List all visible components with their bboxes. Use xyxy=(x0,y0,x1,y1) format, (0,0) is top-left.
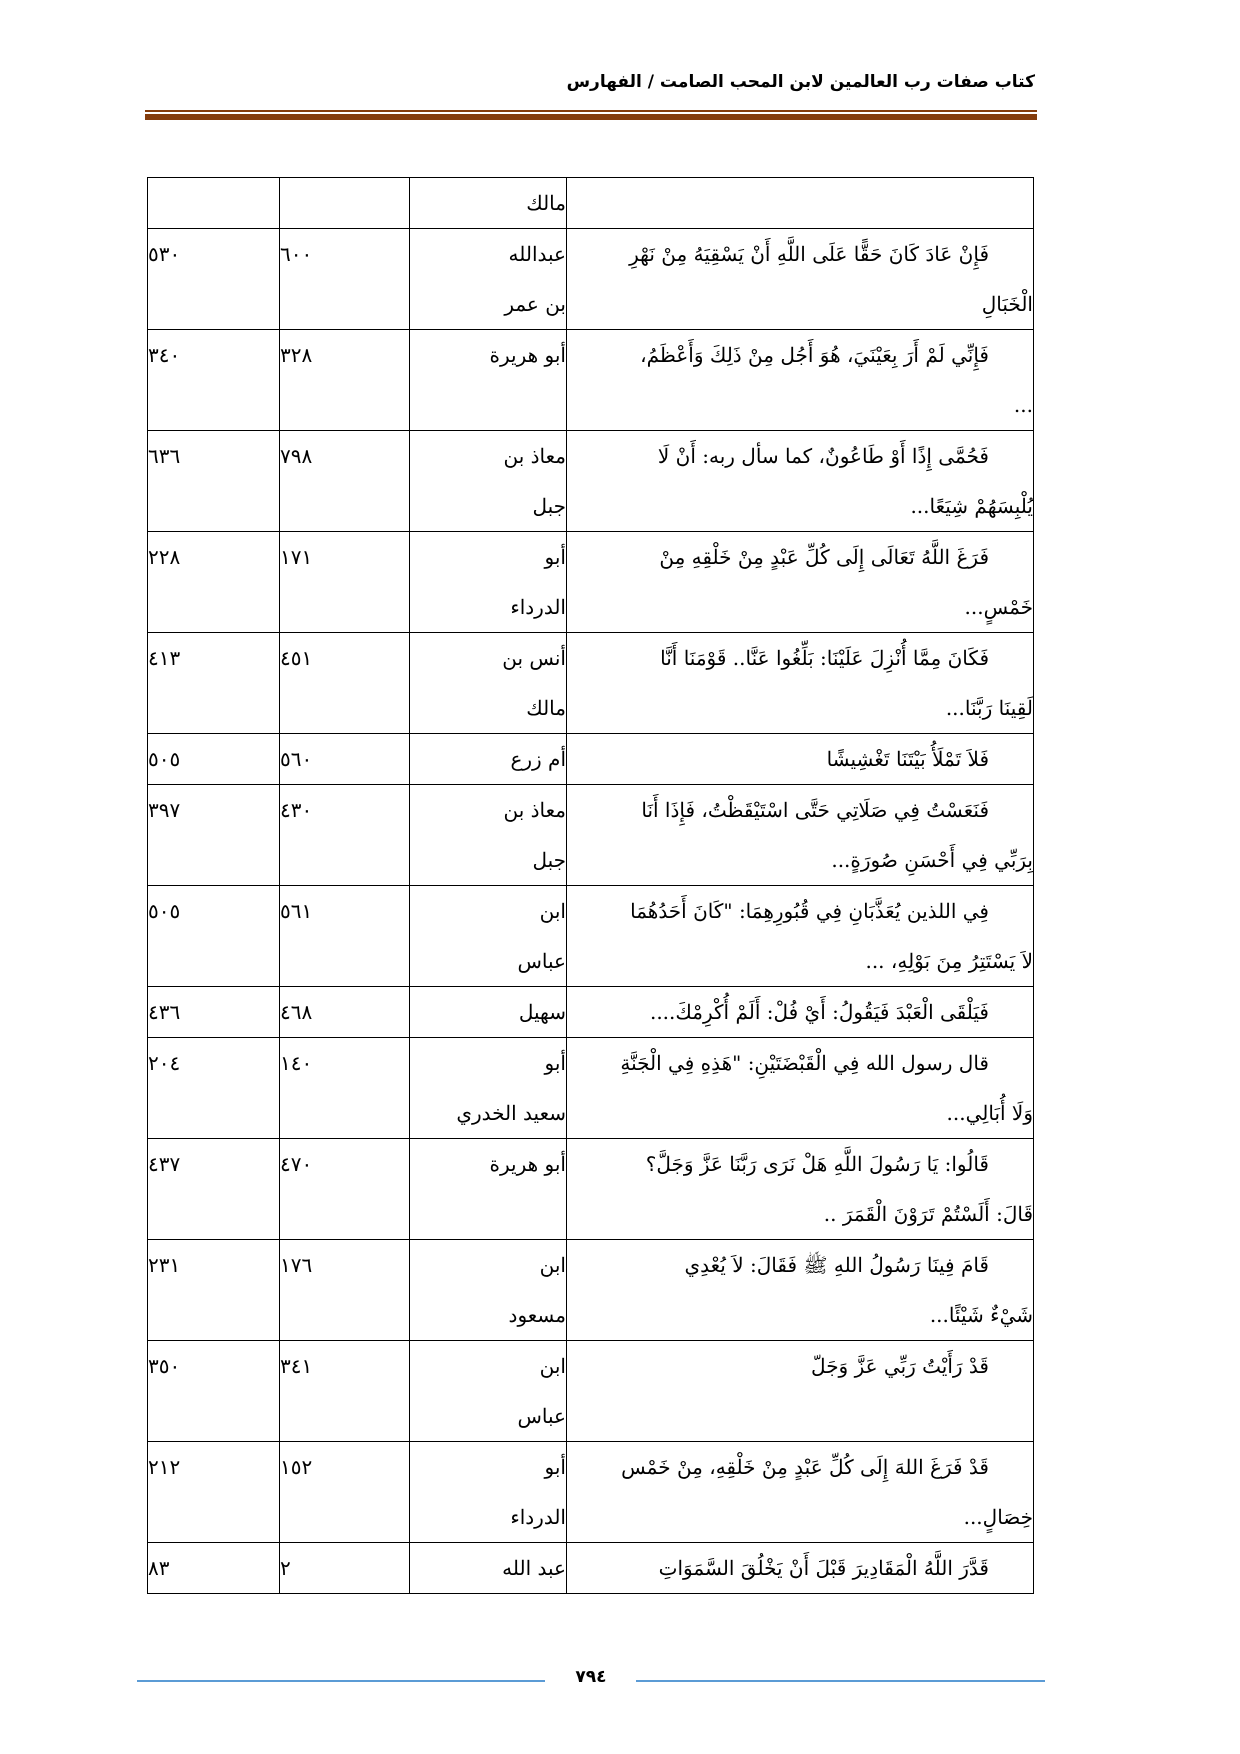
hadith-text-cell: قَدْ فَرَغَ اللهَ إِلَى كُلِّ عَبْدٍ مِن… xyxy=(567,1442,1034,1543)
table-row: قال رسول الله فِي الْقَبْضَتَيْنِ: "هَذِ… xyxy=(148,1038,1034,1139)
page-ref-cell: ٢٠٤ xyxy=(148,1038,280,1139)
hadith-text-cell: فَإِنْ عَادَ كَانَ حَقًّا عَلَى اللَّهِ … xyxy=(567,229,1034,330)
hadith-text-cell: قَالُوا: يَا رَسُولَ اللَّهِ هَلْ نَرَى … xyxy=(567,1139,1034,1240)
header-rule-thick xyxy=(145,114,1037,120)
table-row: قَدَّرَ اللَّهُ الْمَقَادِيرَ قَبْلَ أَن… xyxy=(148,1543,1034,1594)
narrator-line: أبو هريرة xyxy=(410,330,566,380)
hadith-number-cell: ٥٦١ xyxy=(280,886,410,987)
hadith-number-cell: ١٥٢ xyxy=(280,1442,410,1543)
hadith-text-line: فَرَغَ اللَّهُ تَعَالَى إِلَى كُلِّ عَبْ… xyxy=(567,532,1033,582)
narrator-cell: عبد الله xyxy=(410,1543,567,1594)
hadith-text-cell: فِي اللذين يُعَذَّبَانِ فِي قُبُورِهِمَا… xyxy=(567,886,1034,987)
hadith-text-cell xyxy=(567,178,1034,229)
narrator-cell: أبو هريرة xyxy=(410,330,567,431)
narrator-line: أبو هريرة xyxy=(410,1139,566,1189)
hadith-number-cell: ٤٦٨ xyxy=(280,987,410,1038)
footer-rule-right xyxy=(636,1680,1045,1682)
narrator-line: أبو xyxy=(410,1442,566,1492)
hadith-text-line: قَدْ فَرَغَ اللهَ إِلَى كُلِّ عَبْدٍ مِن… xyxy=(567,1442,1033,1492)
hadith-text-cell: قال رسول الله فِي الْقَبْضَتَيْنِ: "هَذِ… xyxy=(567,1038,1034,1139)
hadith-text-line: قَدَّرَ اللَّهُ الْمَقَادِيرَ قَبْلَ أَن… xyxy=(567,1543,1033,1593)
hadith-number-cell: ١٧١ xyxy=(280,532,410,633)
narrator-cell: أبو هريرة xyxy=(410,1139,567,1240)
table-row: قَالُوا: يَا رَسُولَ اللَّهِ هَلْ نَرَى … xyxy=(148,1139,1034,1240)
hadith-text-line: الْخَبَالِ xyxy=(567,279,1033,329)
table-row: قَامَ فِينَا رَسُولُ اللهِ ﷺ فَقَالَ: لا… xyxy=(148,1240,1034,1341)
table-row: قَدْ فَرَغَ اللهَ إِلَى كُلِّ عَبْدٍ مِن… xyxy=(148,1442,1034,1543)
narrator-line: معاذ بن xyxy=(410,785,566,835)
hadith-index-table: مالكفَإِنْ عَادَ كَانَ حَقًّا عَلَى اللَ… xyxy=(147,177,1034,1594)
hadith-number-cell: ٤٣٠ xyxy=(280,785,410,886)
hadith-text-line: فَإِنِّي لَمْ أَرَ بِعَيْنَيَ، هُوَ أَجُ… xyxy=(567,330,1033,380)
hadith-text-cell: فَرَغَ اللَّهُ تَعَالَى إِلَى كُلِّ عَبْ… xyxy=(567,532,1034,633)
hadith-text-cell: فَحُمَّى إِذًا أَوْ طَاعُونٌ، كما سأل رب… xyxy=(567,431,1034,532)
hadith-text-cell: قَامَ فِينَا رَسُولُ اللهِ ﷺ فَقَالَ: لا… xyxy=(567,1240,1034,1341)
table-row: مالك xyxy=(148,178,1034,229)
table-row: فَحُمَّى إِذًا أَوْ طَاعُونٌ، كما سأل رب… xyxy=(148,431,1034,532)
table-row: قَدْ رَأَيْتُ رَبِّي عَزَّ وَجَلّابنعباس… xyxy=(148,1341,1034,1442)
narrator-cell: ابنعباس xyxy=(410,1341,567,1442)
hadith-number-cell: ٤٧٠ xyxy=(280,1139,410,1240)
footer-rule-left xyxy=(137,1680,545,1682)
table-row: فَإِنْ عَادَ كَانَ حَقًّا عَلَى اللَّهِ … xyxy=(148,229,1034,330)
narrator-cell: معاذ بنجبل xyxy=(410,785,567,886)
page-ref-cell: ٦٣٦ xyxy=(148,431,280,532)
narrator-line: عبد الله xyxy=(410,1543,566,1593)
narrator-cell: ابنعباس xyxy=(410,886,567,987)
hadith-text-cell: فَكَانَ مِمَّا أُنْزِلَ عَلَيْنَا: بَلِّ… xyxy=(567,633,1034,734)
hadith-number-cell: ٧٩٨ xyxy=(280,431,410,532)
hadith-text-cell: فَيَلْقَى الْعَبْدَ فَيَقُولُ: أَيْ فُلْ… xyxy=(567,987,1034,1038)
page-number: ٧٩٤ xyxy=(560,1667,622,1687)
hadith-number-cell: ١٧٦ xyxy=(280,1240,410,1341)
page-ref-cell: ٢٣١ xyxy=(148,1240,280,1341)
table-row: فَإِنِّي لَمْ أَرَ بِعَيْنَيَ، هُوَ أَجُ… xyxy=(148,330,1034,431)
table-row: فِي اللذين يُعَذَّبَانِ فِي قُبُورِهِمَا… xyxy=(148,886,1034,987)
hadith-text-line: فَإِنْ عَادَ كَانَ حَقًّا عَلَى اللَّهِ … xyxy=(567,229,1033,279)
narrator-line: جبل xyxy=(410,481,566,531)
hadith-text-line: فَلاَ تَمْلَأُ بَيْتَنَا تَغْشِيشًا xyxy=(567,734,1033,784)
page-ref-cell: ٣٩٧ xyxy=(148,785,280,886)
narrator-line: أنس بن xyxy=(410,633,566,683)
table-row: فَيَلْقَى الْعَبْدَ فَيَقُولُ: أَيْ فُلْ… xyxy=(148,987,1034,1038)
hadith-text-line: لاَ يَسْتَتِرُ مِنَ بَوْلِهِ، ... xyxy=(567,936,1033,986)
page-ref-cell: ٢٢٨ xyxy=(148,532,280,633)
hadith-text-line: فَحُمَّى إِذًا أَوْ طَاعُونٌ، كما سأل رب… xyxy=(567,431,1033,481)
hadith-text-line: خَمْسٍ... xyxy=(567,582,1033,632)
narrator-line: ابن xyxy=(410,1240,566,1290)
table-row: فَنَعَسْتُ فِي صَلَاتِي حَتَّى اسْتَيْقَ… xyxy=(148,785,1034,886)
hadith-number-cell: ٣٤١ xyxy=(280,1341,410,1442)
hadith-number-cell: ٤٥١ xyxy=(280,633,410,734)
hadith-text-line: قَامَ فِينَا رَسُولُ اللهِ ﷺ فَقَالَ: لا… xyxy=(567,1240,1033,1290)
narrator-cell: معاذ بنجبل xyxy=(410,431,567,532)
narrator-cell: سهيل xyxy=(410,987,567,1038)
hadith-text-cell: فَنَعَسْتُ فِي صَلَاتِي حَتَّى اسْتَيْقَ… xyxy=(567,785,1034,886)
hadith-number-cell: ١٤٠ xyxy=(280,1038,410,1139)
hadith-number-cell xyxy=(280,178,410,229)
narrator-line: عباس xyxy=(410,936,566,986)
narrator-line: أبو xyxy=(410,1038,566,1088)
hadith-text-line: قَدْ رَأَيْتُ رَبِّي عَزَّ وَجَلّ xyxy=(567,1341,1033,1391)
hadith-text-line: قَالُوا: يَا رَسُولَ اللَّهِ هَلْ نَرَى … xyxy=(567,1139,1033,1189)
narrator-line: مالك xyxy=(410,178,566,228)
hadith-text-line: بِرَبِّي فِي أَحْسَنِ صُورَةٍ... xyxy=(567,835,1033,885)
page-ref-cell: ٢١٢ xyxy=(148,1442,280,1543)
narrator-line: سهيل xyxy=(410,987,566,1037)
hadith-text-line: فَنَعَسْتُ فِي صَلَاتِي حَتَّى اسْتَيْقَ… xyxy=(567,785,1033,835)
narrator-line: أبو xyxy=(410,532,566,582)
page-ref-cell: ٥٣٠ xyxy=(148,229,280,330)
hadith-text-line: وَلَا أُبَالِي... xyxy=(567,1088,1033,1138)
hadith-text-line: يُلْبِسَهُمْ شِيَعًا... xyxy=(567,481,1033,531)
hadith-text-line: ... xyxy=(567,380,1033,430)
hadith-text-line: خِصَالٍ... xyxy=(567,1492,1033,1542)
narrator-line: عبدالله xyxy=(410,229,566,279)
table-row: فَرَغَ اللَّهُ تَعَالَى إِلَى كُلِّ عَبْ… xyxy=(148,532,1034,633)
page-ref-cell: ٨٣ xyxy=(148,1543,280,1594)
narrator-line: معاذ بن xyxy=(410,431,566,481)
table-row: فَلاَ تَمْلَأُ بَيْتَنَا تَغْشِيشًاأم زر… xyxy=(148,734,1034,785)
hadith-text-line: فَيَلْقَى الْعَبْدَ فَيَقُولُ: أَيْ فُلْ… xyxy=(567,987,1033,1037)
narrator-line: سعيد الخدري xyxy=(410,1088,566,1138)
narrator-cell: أبوالدرداء xyxy=(410,1442,567,1543)
hadith-number-cell: ٣٢٨ xyxy=(280,330,410,431)
hadith-number-cell: ٦٠٠ xyxy=(280,229,410,330)
table-row: فَكَانَ مِمَّا أُنْزِلَ عَلَيْنَا: بَلِّ… xyxy=(148,633,1034,734)
narrator-cell: عبداللهبن عمر xyxy=(410,229,567,330)
hadith-text-line: شَيْءٌ شَيْئًا... xyxy=(567,1290,1033,1340)
narrator-line: عباس xyxy=(410,1391,566,1441)
hadith-text-line: لَقِينَا رَبَّنَا... xyxy=(567,683,1033,733)
page-ref-cell: ٥٠٥ xyxy=(148,734,280,785)
page-ref-cell: ٤١٣ xyxy=(148,633,280,734)
narrator-line: الدرداء xyxy=(410,1492,566,1542)
hadith-number-cell: ٢ xyxy=(280,1543,410,1594)
hadith-text-line: فَكَانَ مِمَّا أُنْزِلَ عَلَيْنَا: بَلِّ… xyxy=(567,633,1033,683)
narrator-line: بن عمر xyxy=(410,279,566,329)
page-ref-cell xyxy=(148,178,280,229)
hadith-text-line: فِي اللذين يُعَذَّبَانِ فِي قُبُورِهِمَا… xyxy=(567,886,1033,936)
hadith-text-cell: فَلاَ تَمْلَأُ بَيْتَنَا تَغْشِيشًا xyxy=(567,734,1034,785)
page-ref-cell: ٤٣٦ xyxy=(148,987,280,1038)
page-ref-cell: ٣٤٠ xyxy=(148,330,280,431)
narrator-line: ابن xyxy=(410,886,566,936)
narrator-line: مسعود xyxy=(410,1290,566,1340)
hadith-text-line: قال رسول الله فِي الْقَبْضَتَيْنِ: "هَذِ… xyxy=(567,1038,1033,1088)
narrator-line: الدرداء xyxy=(410,582,566,632)
page-ref-cell: ٤٣٧ xyxy=(148,1139,280,1240)
narrator-cell: أبوالدرداء xyxy=(410,532,567,633)
narrator-cell: أبوسعيد الخدري xyxy=(410,1038,567,1139)
hadith-text-cell: قَدَّرَ اللَّهُ الْمَقَادِيرَ قَبْلَ أَن… xyxy=(567,1543,1034,1594)
running-header-title: كتاب صفات رب العالمين لابن المحب الصامت … xyxy=(567,72,1035,92)
narrator-cell: مالك xyxy=(410,178,567,229)
narrator-line: مالك xyxy=(410,683,566,733)
narrator-line: ابن xyxy=(410,1341,566,1391)
hadith-text-cell: فَإِنِّي لَمْ أَرَ بِعَيْنَيَ، هُوَ أَجُ… xyxy=(567,330,1034,431)
narrator-cell: أم زرع xyxy=(410,734,567,785)
narrator-line: جبل xyxy=(410,835,566,885)
page-ref-cell: ٥٠٥ xyxy=(148,886,280,987)
narrator-cell: ابنمسعود xyxy=(410,1240,567,1341)
hadith-text-cell: قَدْ رَأَيْتُ رَبِّي عَزَّ وَجَلّ xyxy=(567,1341,1034,1442)
header-rule-thin xyxy=(145,110,1037,112)
page-ref-cell: ٣٥٠ xyxy=(148,1341,280,1442)
narrator-cell: أنس بنمالك xyxy=(410,633,567,734)
narrator-line: أم زرع xyxy=(410,734,566,784)
hadith-number-cell: ٥٦٠ xyxy=(280,734,410,785)
hadith-text-line: قَالَ: أَلَسْتُمْ تَرَوْنَ الْقَمَرَ .. xyxy=(567,1189,1033,1239)
